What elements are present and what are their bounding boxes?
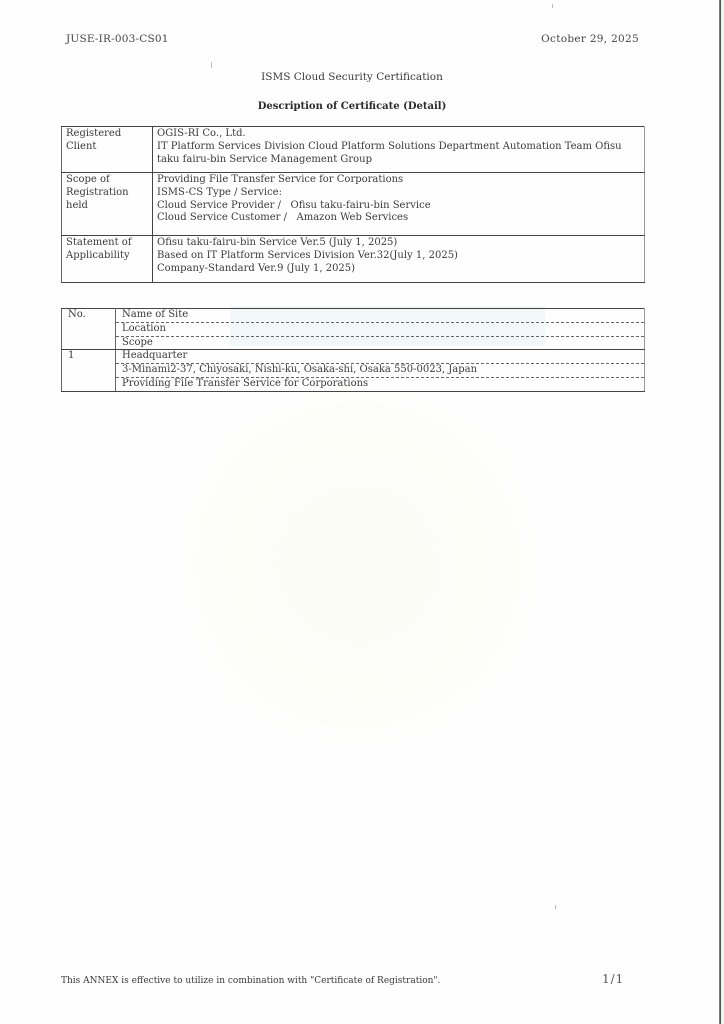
value-statement-of-applicability: Ofisu taku-fairu-bin Service Ver.5 (July… [153,236,645,283]
table-row: 3-Minami2-37, Chiyosaki, Nishi-ku, Osaka… [62,364,645,378]
row-registered-client: Registered Client OGIS-RI Co., Ltd. IT P… [62,127,645,173]
row-statement-of-applicability: Statement of Applicability Ofisu taku-fa… [62,236,645,283]
certificate-table: Registered Client OGIS-RI Co., Ltd. IT P… [61,126,645,283]
scan-speck [552,4,553,8]
page-subtitle: Description of Certificate (Detail) [0,101,704,112]
label-statement-of-applicability: Statement of Applicability [62,236,153,283]
sites-header-row: No. Name of Site [62,309,645,323]
sites-header-row: Scope [62,336,645,350]
header-location: Location [116,322,645,336]
annex-note: This ANNEX is effective to utilize in co… [61,976,440,986]
table-row: Providing File Transfer Service for Corp… [62,377,645,391]
site-no: 1 [62,350,116,391]
scan-speck [211,62,212,68]
sites-table: No. Name of Site Location Scope 1 Headqu… [61,308,645,392]
value-scope-of-registration: Providing File Transfer Service for Corp… [153,173,645,236]
page-title: ISMS Cloud Security Certification [0,71,704,83]
page-number: 1/1 [602,972,624,986]
site-scope: Providing File Transfer Service for Corp… [116,377,645,391]
document-id: JUSE-IR-003-CS01 [66,33,169,45]
label-registered-client: Registered Client [62,127,153,173]
header-name-of-site: Name of Site [116,309,645,323]
header-scope: Scope [116,336,645,350]
table-row: 1 Headquarter [62,350,645,364]
label-scope-of-registration: Scope of Registration held [62,173,153,236]
seal-watermark [178,385,538,745]
site-name: Headquarter [116,350,645,364]
sites-header-row: Location [62,322,645,336]
document-page: JUSE-IR-003-CS01 October 29, 2025 ISMS C… [0,0,724,1024]
document-date: October 29, 2025 [541,33,639,45]
scan-edge-line [719,0,721,1024]
row-scope-of-registration: Scope of Registration held Providing Fil… [62,173,645,236]
value-registered-client: OGIS-RI Co., Ltd. IT Platform Services D… [153,127,645,173]
scan-speck [555,905,556,909]
site-location: 3-Minami2-37, Chiyosaki, Nishi-ku, Osaka… [116,364,645,378]
header-no: No. [62,309,116,350]
